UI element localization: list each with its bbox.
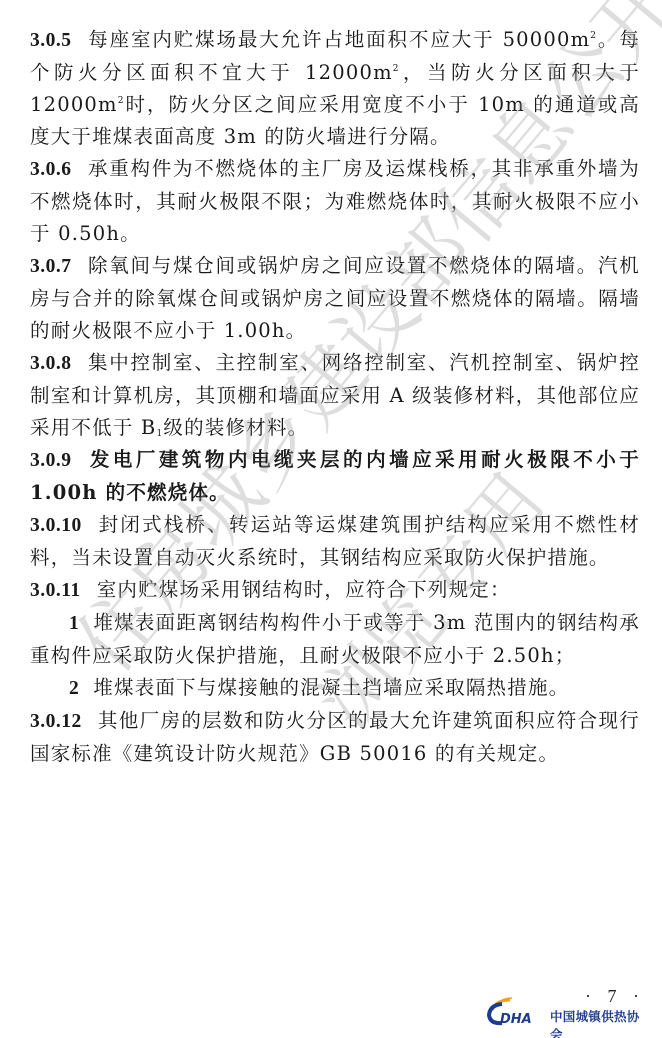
clause-text: 承重构件为不燃烧体的主厂房及运煤栈桥，其非承重外墙为不燃烧体时，其耐火极限不限；… [30,157,640,245]
item-text: 堆煤表面距离钢结构构件小于或等于 3m 范围内的钢结构承重构件应采取防火保护措施… [30,611,640,667]
clause-number: 3.0.10 [30,515,82,536]
clause-3-0-11-item-1: 1堆煤表面距离钢结构构件小于或等于 3m 范围内的钢结构承重构件应采取防火保护措… [30,607,640,672]
cdha-logo: DHA 中国城镇供热协会 [482,996,652,1028]
clause-3-0-11-item-2: 2堆煤表面下与煤接触的混凝土挡墙应采取隔热措施。 [30,672,640,705]
svg-text:DHA: DHA [500,1012,532,1027]
clause-3-0-5: 3.0.5每座室内贮煤场最大允许占地面积不应大于 50000m2。每个防火分区面… [30,24,640,153]
clause-3-0-12: 3.0.12其他厂房的层数和防火分区的最大允许建筑面积应符合现行国家标准《建筑设… [30,705,640,770]
clause-number: 3.0.7 [30,256,72,277]
clause-3-0-11: 3.0.11室内贮煤场采用钢结构时，应符合下列规定： [30,574,640,607]
clause-3-0-6: 3.0.6承重构件为不燃烧体的主厂房及运煤栈桥，其非承重外墙为不燃烧体时，其耐火… [30,153,640,250]
clause-3-0-7: 3.0.7除氧间与煤仓间或锅炉房之间应设置不燃烧体的隔墙。汽机房与合并的除氧煤仓… [30,250,640,347]
clause-number: 3.0.6 [30,159,72,180]
clause-text: 发电厂建筑物内电缆夹层的内墙应采用耐火极限不小于 1.00h 的不燃烧体。 [30,448,640,504]
clause-3-0-10: 3.0.10封闭式栈桥、转运站等运煤建筑围护结构应采用不燃性材料，当未设置自动灭… [30,509,640,574]
item-text: 堆煤表面下与煤接触的混凝土挡墙应采取隔热措施。 [93,676,569,699]
clause-number: 3.0.5 [30,30,72,51]
clause-number: 3.0.9 [30,450,72,471]
clause-3-0-8: 3.0.8集中控制室、主控制室、网络控制室、汽机控制室、锅炉控制室和计算机房，其… [30,347,640,444]
clause-number: 3.0.11 [30,580,81,601]
logo-text: 中国城镇供热协会 [550,1007,652,1038]
document-page: 3.0.5每座室内贮煤场最大允许占地面积不应大于 50000m2。每个防火分区面… [30,24,640,770]
clause-text: 除氧间与煤仓间或锅炉房之间应设置不燃烧体的隔墙。汽机房与合并的除氧煤仓间或锅炉房… [30,254,640,342]
clause-text: 其他厂房的层数和防火分区的最大允许建筑面积应符合现行国家标准《建筑设计防火规范》… [30,709,640,765]
clause-number: 3.0.12 [30,711,82,732]
clause-text: 封闭式栈桥、转运站等运煤建筑围护结构应采用不燃性材料，当未设置自动灭火系统时，其… [30,513,640,569]
item-number: 2 [69,678,79,699]
clause-text: 室内贮煤场采用钢结构时，应符合下列规定： [97,578,511,601]
cdha-logo-icon: DHA [482,996,542,1028]
clause-3-0-9: 3.0.9发电厂建筑物内电缆夹层的内墙应采用耐火极限不小于 1.00h 的不燃烧… [30,444,640,509]
item-number: 1 [69,613,79,634]
clause-number: 3.0.8 [30,353,72,374]
